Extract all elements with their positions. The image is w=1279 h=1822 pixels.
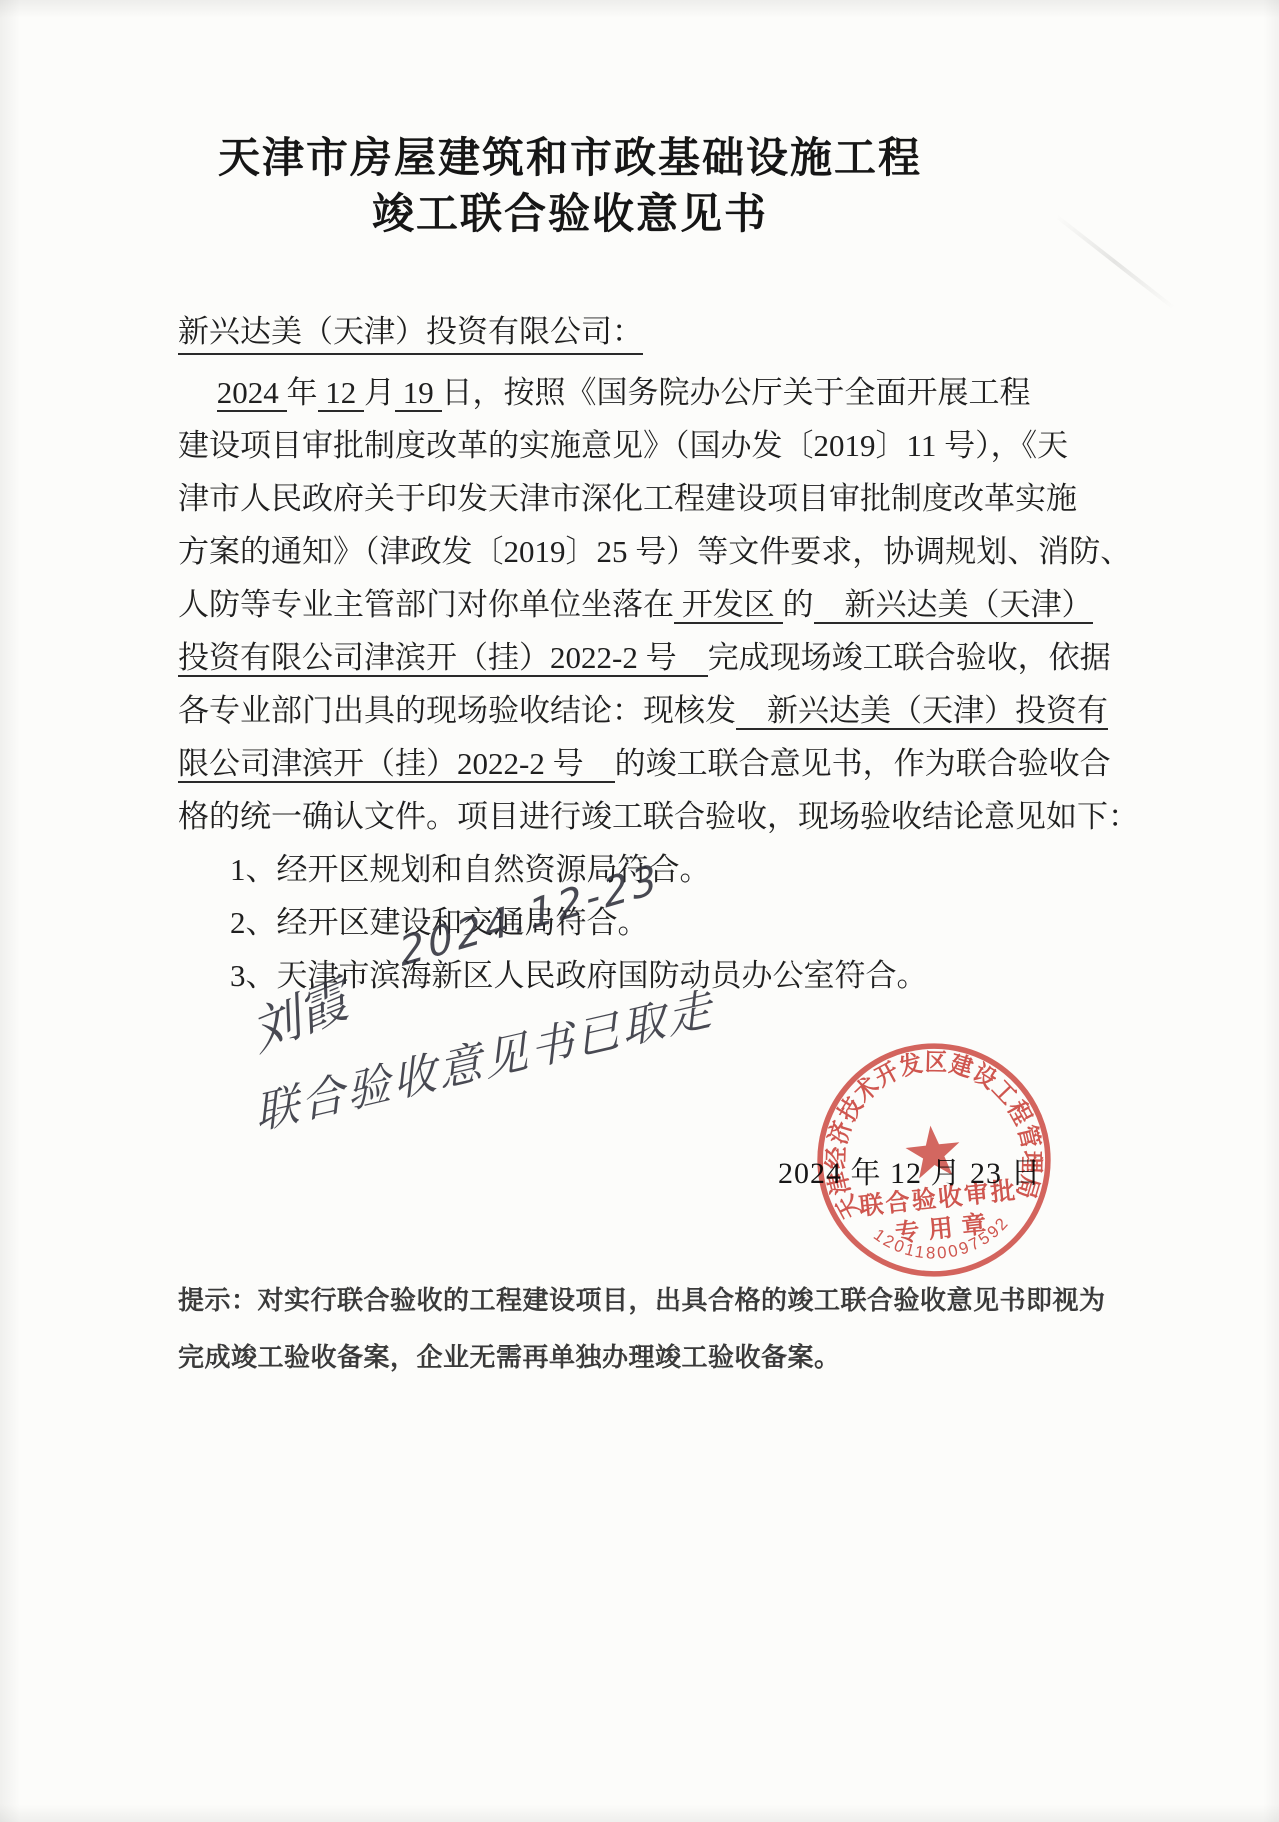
- body-line: 人防等专业主管部门对你单位坐落在 开发区 的 新兴达美（天津）: [178, 578, 1118, 631]
- body-text: 完成现场竣工联合验收，依据: [708, 640, 1111, 675]
- body-line: 建设项目审批制度改革的实施意见》（国办发〔2019〕11 号），《天: [178, 419, 1118, 472]
- stamp-ring-text-path: 天津经济技术开发区建设工程管理局: [812, 1037, 1051, 1225]
- hint-line-1: 提示：对实行联合验收的工程建设项目，出具合格的竣工联合验收意见书即视为: [178, 1272, 1138, 1329]
- stamp-serial: 1201180097592: [869, 1211, 1017, 1269]
- body-line: 投资有限公司津滨开（挂）2022-2 号 完成现场竣工联合验收，依据: [178, 631, 1118, 684]
- document-title: 天津市房屋建筑和市政基础设施工程 竣工联合验收意见书: [0, 130, 1140, 242]
- body-text: 格的统一确认文件。项目进行竣工联合验收，现场验收结论意见如下：: [178, 799, 1139, 834]
- title-line-1: 天津市房屋建筑和市政基础设施工程: [0, 130, 1140, 186]
- filled-blank: 新兴达美（天津）投资有: [736, 693, 1108, 730]
- addressee-line: 新兴达美（天津）投资有限公司：: [178, 312, 643, 355]
- body-text: 方案的通知》（津政发〔2019〕25 号）等文件要求，协调规划、消防、: [178, 534, 1131, 569]
- body-text: [178, 375, 217, 410]
- title-line-2: 竣工联合验收意见书: [0, 186, 1140, 242]
- body-text: 人防等专业主管部门对你单位坐落在: [178, 587, 674, 622]
- filled-blank: 新兴达美（天津）: [814, 587, 1093, 624]
- body-text: 年: [287, 375, 318, 410]
- hint-line-2: 完成竣工验收备案，企业无需再单独办理竣工验收备案。: [178, 1329, 1138, 1386]
- filled-blank: 19: [395, 375, 442, 412]
- body-text: 的竣工联合意见书，作为联合验收合: [615, 746, 1111, 781]
- stamp-serial-path: 1201180097592: [869, 1211, 1017, 1269]
- filled-blank: 开发区: [674, 587, 783, 624]
- body-line: 2024 年 12 月 19 日，按照《国务院办公厅关于全面开展工程: [178, 366, 1118, 419]
- filled-blank: 投资有限公司津滨开（挂）2022-2 号: [178, 640, 708, 677]
- body-text: 津市人民政府关于印发天津市深化工程建设项目审批制度改革实施: [178, 481, 1077, 516]
- body-paragraph: 2024 年 12 月 19 日，按照《国务院办公厅关于全面开展工程建设项目审批…: [178, 366, 1118, 843]
- filled-blank: 限公司津滨开（挂）2022-2 号: [178, 746, 615, 783]
- body-text: 建设项目审批制度改革的实施意见》（国办发〔2019〕11 号），《天: [178, 428, 1068, 463]
- document-page: 天津市房屋建筑和市政基础设施工程 竣工联合验收意见书 新兴达美（天津）投资有限公…: [0, 0, 1279, 1822]
- filled-blank: 12: [318, 375, 365, 412]
- stamp-ring-text: 天津经济技术开发区建设工程管理局: [812, 1037, 1051, 1225]
- stamp-line2: 专用章: [894, 1209, 997, 1247]
- body-line: 方案的通知》（津政发〔2019〕25 号）等文件要求，协调规划、消防、: [178, 525, 1118, 578]
- document-body: 2024 年 12 月 19 日，按照《国务院办公厅关于全面开展工程建设项目审批…: [178, 366, 1118, 1002]
- body-text: 日，按照《国务院办公厅关于全面开展工程: [442, 375, 1031, 410]
- body-line: 限公司津滨开（挂）2022-2 号 的竣工联合意见书，作为联合验收合: [178, 737, 1118, 790]
- hint-paragraph: 提示：对实行联合验收的工程建设项目，出具合格的竣工联合验收意见书即视为 完成竣工…: [178, 1272, 1138, 1386]
- body-text: 各专业部门出具的现场验收结论：现核发: [178, 693, 736, 728]
- filled-blank: 2024: [217, 375, 287, 412]
- approval-date: 2024 年 12 月 23 日: [778, 1148, 1042, 1192]
- body-line: 各专业部门出具的现场验收结论：现核发 新兴达美（天津）投资有: [178, 684, 1118, 737]
- body-text: 月: [364, 375, 395, 410]
- body-text: 的: [783, 587, 814, 622]
- body-line: 津市人民政府关于印发天津市深化工程建设项目审批制度改革实施: [178, 472, 1118, 525]
- body-line: 格的统一确认文件。项目进行竣工联合验收，现场验收结论意见如下：: [178, 790, 1118, 843]
